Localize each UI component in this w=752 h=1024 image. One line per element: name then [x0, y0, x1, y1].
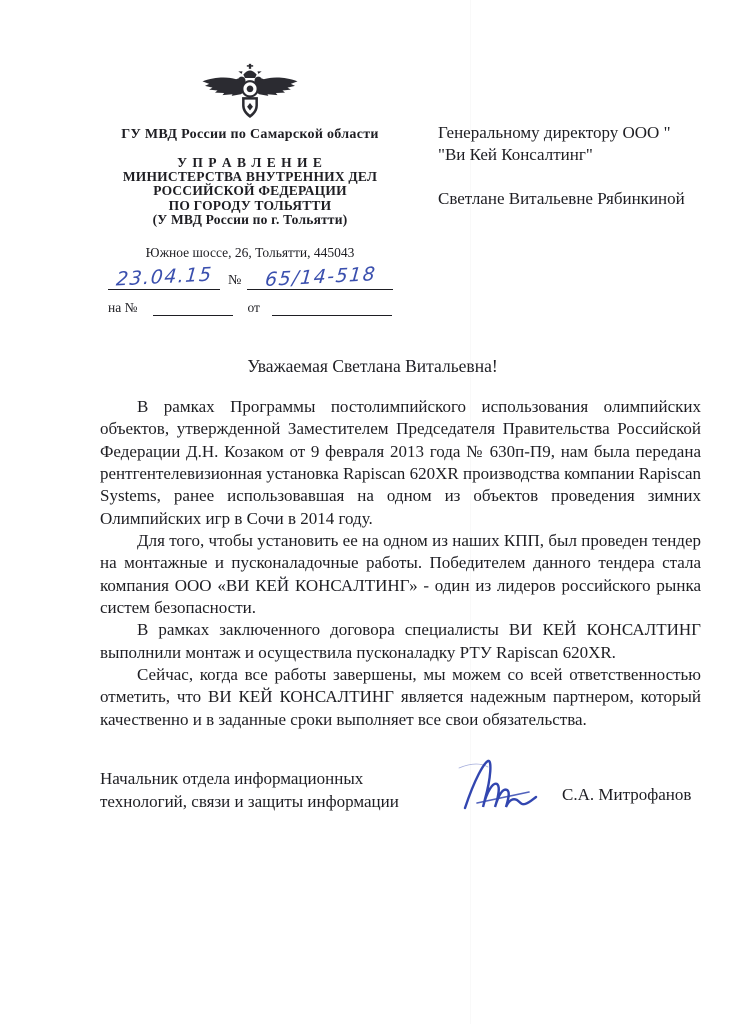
handwritten-date: 23.04.15	[115, 263, 214, 291]
org-name-line: РОССИЙСКОЙ ФЕДЕРАЦИИ	[95, 184, 405, 198]
recipient-name: Светлане Витальевне Рябинкиной	[438, 188, 706, 210]
ref-ot-label: от	[247, 300, 259, 316]
mvd-eagle-emblem-icon	[200, 60, 300, 126]
signer-name: С.А. Митрофанов	[562, 785, 691, 805]
org-name-line: ПО ГОРОДУ ТОЛЬЯТТИ	[95, 199, 405, 213]
org-name-line: У П Р А В Л Е Н И Е	[95, 156, 405, 170]
recipient-block: Генеральному директору ООО " "Ви Кей Кон…	[438, 122, 706, 210]
number-sign-label: №	[228, 273, 241, 289]
letter-body: В рамках Программы постолимпийского испо…	[100, 396, 701, 731]
reference-number-row: на № от	[108, 300, 408, 316]
salutation: Уважаемая Светлана Витальевна!	[100, 356, 645, 377]
org-name-line: МИНИСТЕРСТВА ВНУТРЕННИХ ДЕЛ	[95, 170, 405, 184]
ref-na-label: на №	[108, 300, 137, 316]
ref-na-underline	[153, 301, 233, 316]
signer-position-line: Начальник отдела информационных	[100, 768, 440, 791]
date-underline: 23.04.15	[108, 266, 220, 290]
body-paragraph: В рамках Программы постолимпийского испо…	[100, 396, 701, 530]
handwritten-number: 65/14-518	[264, 263, 377, 292]
recipient-line: Генеральному директору ООО "	[438, 122, 706, 144]
body-paragraph: В рамках заключенного договора специалис…	[100, 619, 701, 664]
parent-org-name: ГУ МВД России по Самарской области	[95, 127, 405, 143]
recipient-line: "Ви Кей Консалтинг"	[438, 144, 706, 166]
letterhead: ГУ МВД России по Самарской области У П Р…	[95, 127, 405, 227]
signature-block: Начальник отдела информационных технолог…	[100, 768, 710, 813]
signer-position-line: технологий, связи и защиты информации	[100, 791, 440, 814]
org-name-short: (У МВД России по г. Тольятти)	[95, 213, 405, 227]
signature-autograph-icon	[455, 754, 555, 820]
body-paragraph: Для того, чтобы установить ее на одном и…	[100, 530, 701, 619]
outgoing-number-row: 23.04.15 № 65/14-518	[108, 266, 408, 290]
number-underline: 65/14-518	[247, 266, 393, 290]
body-paragraph: Сейчас, когда все работы завершены, мы м…	[100, 664, 701, 731]
scanned-letter-page: ГУ МВД России по Самарской области У П Р…	[0, 0, 752, 1024]
org-address: Южное шоссе, 26, Тольятти, 445043	[95, 245, 405, 261]
ref-ot-underline	[272, 301, 392, 316]
